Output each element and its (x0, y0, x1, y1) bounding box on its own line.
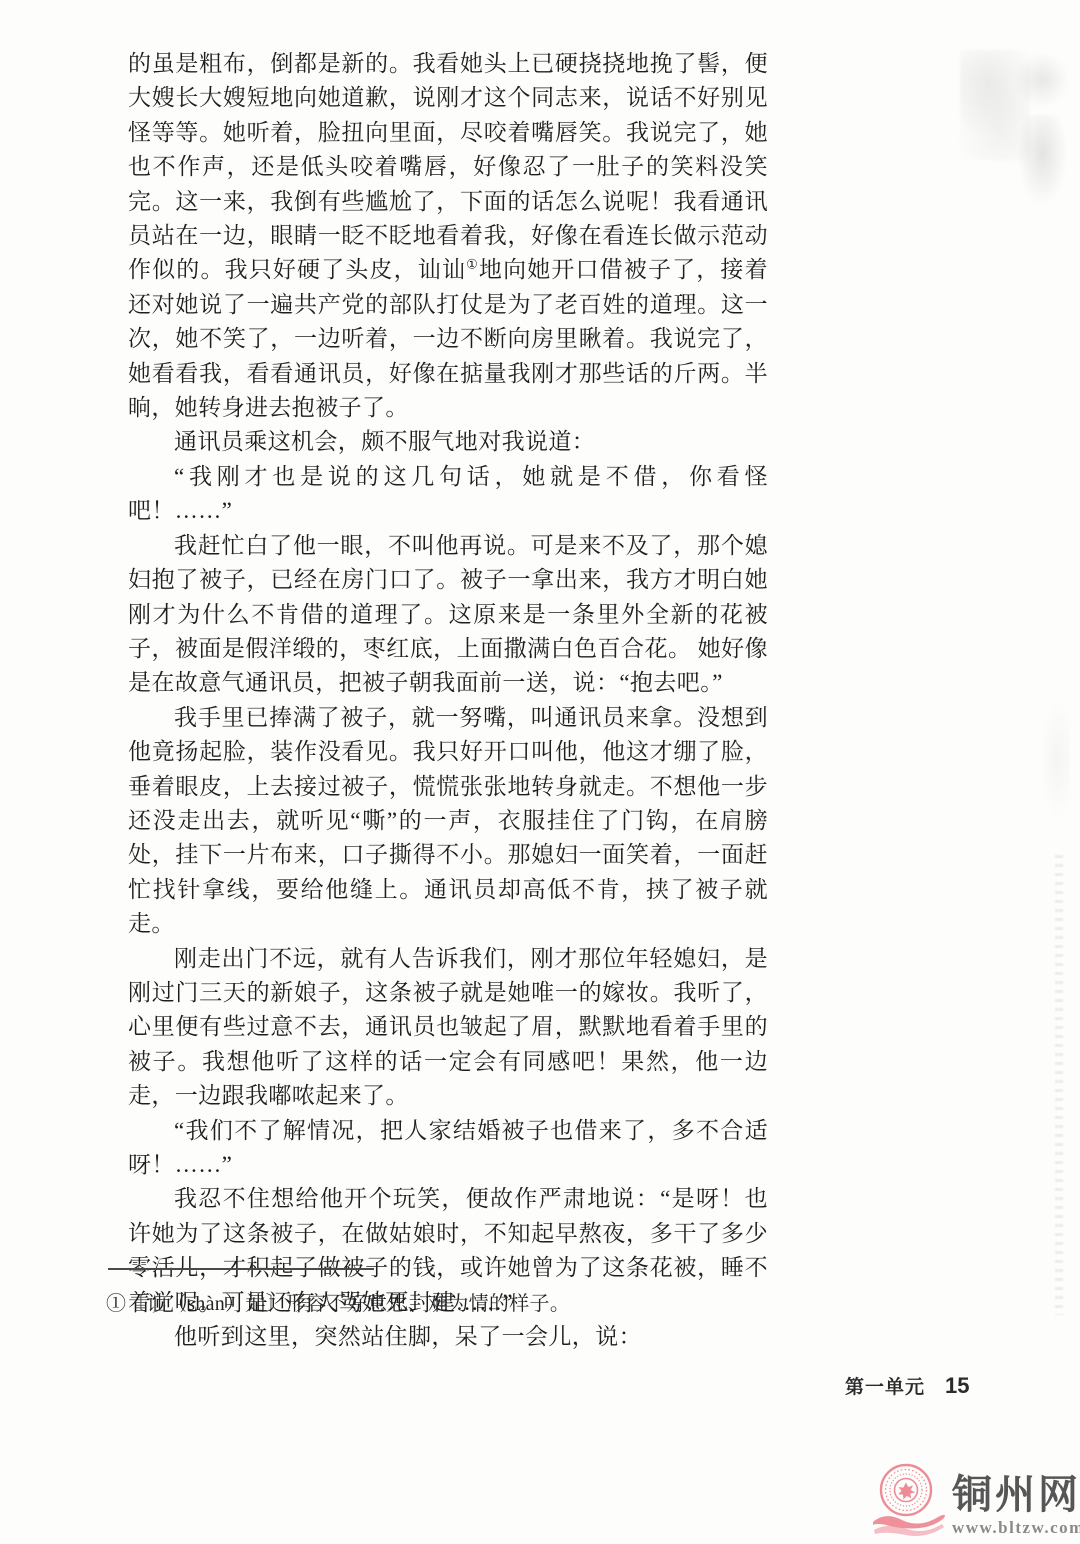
unit-label: 第一单元 (845, 1372, 925, 1399)
seal-icon (872, 1462, 946, 1542)
watermark: 铜州网 www.bltzw.com (872, 1462, 1080, 1542)
footer: 第一单元 15 (845, 1372, 970, 1399)
paragraph: 的虽是粗布，倒都是新的。我看她头上已硬挠挠地挽了髻，便大嫂长大嫂短地向她道歉，说… (128, 47, 768, 425)
footnote-text: ①〔讪（shàn）讪〕形容不好意思、难为情的样子。 (106, 1293, 570, 1315)
paragraph: 通讯员乘这机会，颇不服气地对我说道： (128, 425, 768, 459)
scan-noise (960, 50, 1030, 160)
paragraph: “我刚才也是说的这几句话，她就是不借，你看怪吧！……” (128, 460, 768, 529)
paragraph: 刚走出门不远，就有人告诉我们，刚才那位年轻媳妇，是刚过门三天的新娘子，这条被子就… (128, 942, 768, 1114)
scan-noise (1012, 50, 1072, 110)
footnote: ①〔讪（shàn）讪〕形容不好意思、难为情的样子。 (106, 1290, 746, 1318)
site-name: 铜州网 (952, 1474, 1080, 1516)
text-block: 的虽是粗布，倒都是新的。我看她头上已硬挠挠地挽了髻，便大嫂长大嫂短地向她道歉，说… (128, 47, 768, 1354)
scan-noise (1040, 700, 1070, 820)
scan-noise (1015, 115, 1070, 210)
page-number: 15 (945, 1373, 969, 1399)
footnote-ref: ① (466, 257, 479, 272)
paragraph: 我手里已捧满了被子，就一努嘴，叫通讯员来拿。没想到他竟扬起脸，装作没看见。我只好… (128, 701, 768, 942)
footnote-divider (108, 1268, 374, 1270)
scanned-page: { "document": { "paragraphs": [ { "inden… (0, 0, 1080, 1544)
paragraph: 我赶忙白了他一眼，不叫他再说。可是来不及了，那个媳妇抱了被子，已经在房门口了。被… (128, 529, 768, 701)
site-url: www.bltzw.com (952, 1518, 1080, 1538)
watermark-text: 铜州网 www.bltzw.com (952, 1474, 1080, 1538)
paragraph: 他听到这里，突然站住脚，呆了一会儿，说： (128, 1320, 768, 1354)
scan-noise (1055, 855, 1063, 1315)
paragraph: “我们不了解情况，把人家结婚被子也借来了，多不合适呀！……” (128, 1114, 768, 1183)
